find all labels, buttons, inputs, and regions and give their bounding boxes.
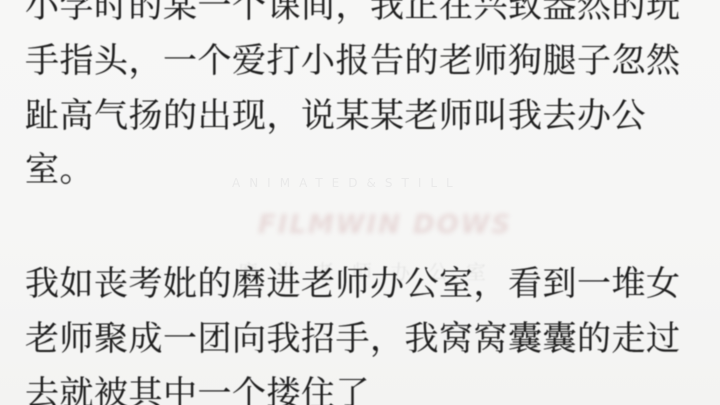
watermark-brand-text: ANIMATED&STILL [232,176,462,190]
story-line-3: 趾高气扬的出现，说某某老师叫我去办公 [25,99,646,133]
story-line-4: 室。 [25,153,94,187]
video-frame: 小学时的某一个课间，我正在兴致盎然的玩 手指头，一个爱打小报告的老师狗腿子忽然 … [0,0,720,405]
story-line-5: 我如丧考妣的磨进老师办公室，看到一堆女 [25,267,681,301]
story-line-1: 小学时的某一个课间，我正在兴致盎然的玩 [25,0,681,23]
story-line-2: 手指头，一个爱打小报告的老师狗腿子忽然 [25,44,681,78]
watermark-illegible-smudge: FILMWIN DOWS [258,210,512,240]
story-line-7: 去就被其中一个搂住了 [25,377,370,405]
story-line-6: 老师聚成一团向我招手，我窝窝囊囊的走过 [25,322,681,356]
